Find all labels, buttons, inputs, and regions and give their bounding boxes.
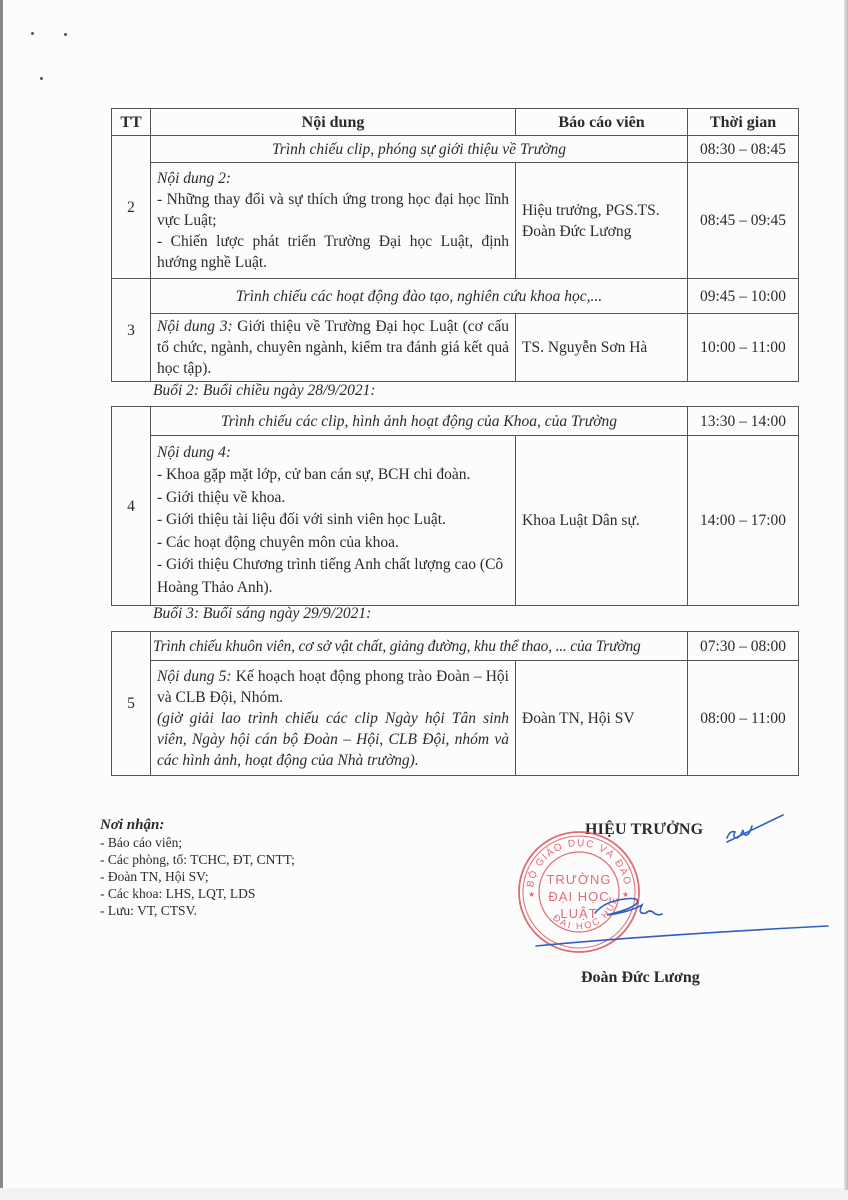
content-label: Nội dung 4: (157, 442, 509, 465)
recipients-title: Nơi nhận: (100, 817, 295, 834)
header-content: Nội dung (151, 109, 516, 136)
content-line: - Các hoạt động chuyên môn của khoa. (157, 532, 509, 555)
content-cell: Nội dung 2: - Những thay đổi và sự thích… (151, 163, 516, 279)
content-line: - Những thay đổi và sự thích ứng trong h… (157, 189, 509, 231)
svg-text:LUẬT: LUẬT (560, 906, 597, 921)
content-line: - Giới thiệu Chương trình tiếng Anh chất… (157, 554, 509, 599)
document-page: TT Nội dung Báo cáo viên Thời gian 2 Trì… (0, 0, 845, 1188)
time-cell: 14:00 – 17:00 (688, 436, 799, 606)
projection-text: Trình chiếu khuôn viên, cơ sở vật chất, … (151, 632, 688, 661)
content-line: - Giới thiệu về khoa. (157, 487, 509, 510)
row-number: 5 (112, 632, 151, 776)
content-label: Nội dung 2: (157, 168, 509, 189)
table-row-projection: 4 Trình chiếu các clip, hình ảnh hoạt độ… (112, 407, 799, 436)
time-cell: 10:00 – 11:00 (688, 314, 799, 382)
scan-speck (40, 77, 43, 80)
table-header-row: TT Nội dung Báo cáo viên Thời gian (112, 109, 799, 136)
official-stamp-icon: BỘ GIÁO DỤC VÀ ĐÀO TẠO ĐẠI HỌC HUẾ TRƯỜN… (516, 829, 642, 955)
projection-text: Trình chiếu các hoạt động đào tạo, nghiê… (151, 279, 688, 314)
projection-time: 13:30 – 14:00 (688, 407, 799, 436)
projection-time: 09:45 – 10:00 (688, 279, 799, 314)
svg-text:★: ★ (622, 890, 629, 899)
table-row-projection: 2 Trình chiếu clip, phóng sự giới thiệu … (112, 136, 799, 163)
recipients-block: Nơi nhận: - Báo cáo viên; - Các phòng, t… (100, 817, 295, 919)
svg-text:ĐẠI HỌC: ĐẠI HỌC (548, 889, 609, 904)
row-number: 3 (112, 279, 151, 382)
recipient-item: - Lưu: VT, CTSV. (100, 902, 295, 919)
row-number: 4 (112, 407, 151, 606)
table-row-projection: 3 Trình chiếu các hoạt động đào tạo, ngh… (112, 279, 799, 314)
time-cell: 08:45 – 09:45 (688, 163, 799, 279)
projection-text: Trình chiếu clip, phóng sự giới thiệu về… (151, 136, 688, 163)
page-edge (844, 0, 848, 1190)
recipient-item: - Các khoa: LHS, LQT, LDS (100, 885, 295, 902)
signer-name: Đoàn Đức Lương (581, 969, 700, 987)
recipient-item: - Báo cáo viên; (100, 834, 295, 851)
content-cell: Nội dung 5: Kế hoạch hoạt động phong trà… (151, 661, 516, 776)
speaker-cell: Đoàn TN, Hội SV (516, 661, 688, 776)
session-3-label: Buổi 3: Buổi sáng ngày 29/9/2021: (153, 605, 371, 623)
projection-text: Trình chiếu các clip, hình ảnh hoạt động… (151, 407, 688, 436)
time-cell: 08:00 – 11:00 (688, 661, 799, 776)
content-line: - Giới thiệu tài liệu đối với sinh viên … (157, 509, 509, 532)
content-note: (giờ giải lao trình chiếu các clip Ngày … (157, 708, 509, 771)
schedule-table-session-2: 4 Trình chiếu các clip, hình ảnh hoạt độ… (111, 406, 799, 606)
recipient-item: - Các phòng, tổ: TCHC, ĐT, CNTT; (100, 851, 295, 868)
content-cell: Nội dung 3: Giới thiệu về Trường Đại học… (151, 314, 516, 382)
table-row-projection: 5 Trình chiếu khuôn viên, cơ sở vật chất… (112, 632, 799, 661)
session-2-label: Buổi 2: Buổi chiều ngày 28/9/2021: (153, 382, 376, 400)
speaker-cell: Khoa Luật Dân sự. (516, 436, 688, 606)
schedule-table-session-1: TT Nội dung Báo cáo viên Thời gian 2 Trì… (111, 108, 799, 382)
schedule-table-session-3: 5 Trình chiếu khuôn viên, cơ sở vật chất… (111, 631, 799, 776)
header-tt: TT (112, 109, 151, 136)
scan-speck (64, 33, 67, 36)
table-row: Nội dung 3: Giới thiệu về Trường Đại học… (112, 314, 799, 382)
content-cell: Nội dung 4: - Khoa gặp mặt lớp, cử ban c… (151, 436, 516, 606)
table-row: Nội dung 5: Kế hoạch hoạt động phong trà… (112, 661, 799, 776)
projection-time: 08:30 – 08:45 (688, 136, 799, 163)
svg-text:★: ★ (528, 890, 535, 899)
speaker-cell: Hiệu trưởng, PGS.TS. Đoàn Đức Lương (516, 163, 688, 279)
row-number: 2 (112, 136, 151, 279)
header-speaker: Báo cáo viên (516, 109, 688, 136)
recipient-item: - Đoàn TN, Hội SV; (100, 868, 295, 885)
projection-time: 07:30 – 08:00 (688, 632, 799, 661)
table-row: Nội dung 2: - Những thay đổi và sự thích… (112, 163, 799, 279)
svg-text:TRƯỜNG: TRƯỜNG (546, 872, 611, 887)
content-line: - Khoa gặp mặt lớp, cử ban cán sự, BCH c… (157, 464, 509, 487)
content-label: Nội dung 3: (157, 318, 233, 335)
header-time: Thời gian (688, 109, 799, 136)
table-row: Nội dung 4: - Khoa gặp mặt lớp, cử ban c… (112, 436, 799, 606)
speaker-cell: TS. Nguyễn Sơn Hà (516, 314, 688, 382)
content-line: - Chiến lược phát triển Trường Đại học L… (157, 231, 509, 273)
content-label: Nội dung 5: (157, 668, 232, 685)
scan-speck (31, 32, 34, 35)
